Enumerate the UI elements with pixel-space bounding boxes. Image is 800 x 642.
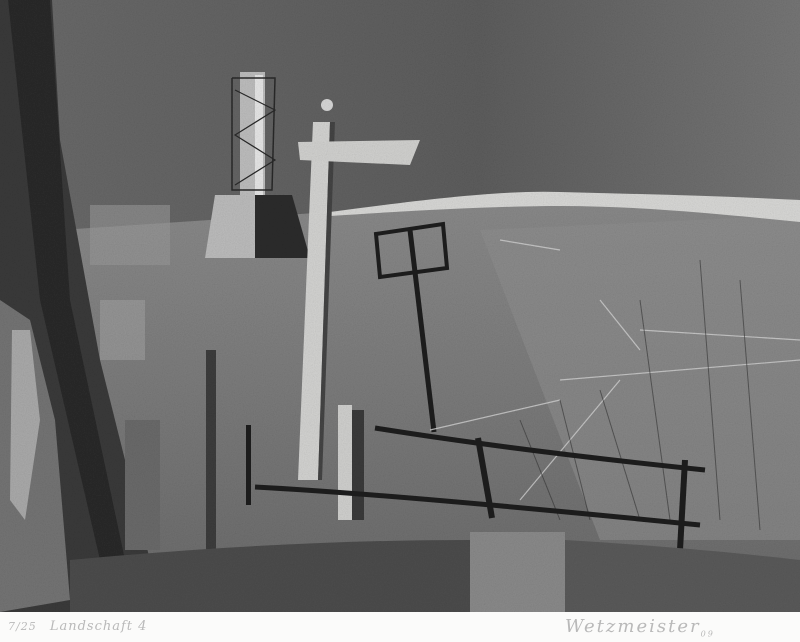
title-inscription: Landschaft 4 — [50, 619, 148, 634]
signature-year: 09 — [701, 630, 715, 639]
landscape-artwork — [0, 0, 800, 612]
etching-plate — [0, 0, 800, 612]
artist-signature: Wetzmeister09 — [565, 612, 715, 642]
edition-and-title-inscription: 7/25 Landschaft 4 — [8, 612, 147, 642]
signature-name: Wetzmeister — [565, 616, 701, 637]
edition-number: 7/25 — [8, 620, 37, 633]
